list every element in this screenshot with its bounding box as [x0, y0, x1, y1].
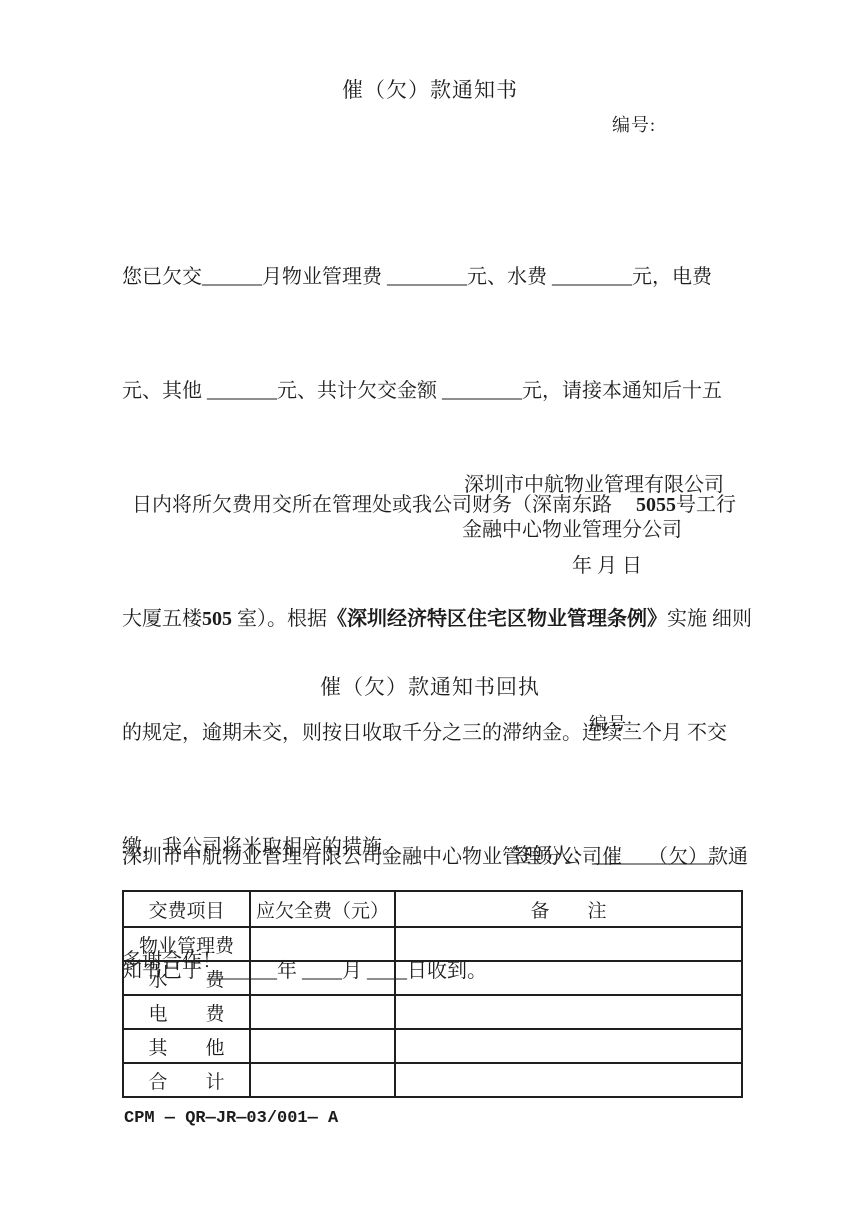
amount-cell-electricity-fee — [250, 995, 395, 1029]
notice-body-line-1: 您已欠交______月物业管理费 ________元、水费 ________元，… — [122, 258, 770, 296]
amount-cell-other — [250, 1029, 395, 1063]
receipt-ref-label: 编号: — [589, 710, 633, 736]
row-label-total: 合 计 — [123, 1063, 250, 1097]
notice-line4-mid: 室）。根据 — [232, 608, 327, 630]
notice-line3-tail: 号工行 — [676, 494, 736, 516]
header-fee-item: 交费项目 — [123, 891, 250, 927]
amount-cell-water-fee — [250, 961, 395, 995]
signature-company: 深圳市中航物业管理有限公司 — [464, 468, 724, 497]
form-code: CPM — QR—JR—03/001— A — [124, 1109, 338, 1128]
notice-body-line-4: 大厦五楼505 室）。根据《深圳经济特区住宅区物业管理条例》实施 细则 — [122, 600, 770, 638]
signature-branch: 金融中心物业管理分公司 — [462, 513, 682, 542]
table-row-other: 其 他 — [123, 1029, 742, 1063]
note-cell-electricity-fee — [395, 995, 742, 1029]
row-label-property-fee: 物业管理费 — [123, 927, 250, 961]
document-page: 催（欠）款通知书 编号: 您已欠交______月物业管理费 ________元、… — [0, 0, 860, 1218]
signer-line: 签领人：____________ — [512, 839, 712, 868]
note-cell-property-fee — [395, 927, 742, 961]
header-remarks: 备 注 — [395, 891, 742, 927]
notice-line4-tail: 实施 细则 — [667, 608, 752, 630]
regulation-name: 《深圳经济特区住宅区物业管理条例》 — [327, 608, 667, 630]
row-label-other: 其 他 — [123, 1029, 250, 1063]
room-number: 505 — [202, 608, 232, 630]
note-cell-water-fee — [395, 961, 742, 995]
fee-table-header-row: 交费项目 应欠全费（元） 备 注 — [123, 891, 742, 927]
notice-body-line-5: 的规定，逾期未交，则按日收取千分之三的滞纳金。连续三个月 不交 — [122, 714, 770, 752]
signature-date-line: 年 月 日 — [572, 549, 642, 578]
notice-body-line-2: 元、其他 _______元、共计欠交金额 ________元，请接本通知后十五 — [122, 372, 770, 410]
row-label-electricity-fee: 电 费 — [123, 995, 250, 1029]
note-cell-total — [395, 1063, 742, 1097]
table-row-total: 合 计 — [123, 1063, 742, 1097]
table-row-property-fee: 物业管理费 — [123, 927, 742, 961]
amount-cell-total — [250, 1063, 395, 1097]
notice-line4-text: 大厦五楼 — [122, 608, 202, 630]
table-row-electricity-fee: 电 费 — [123, 995, 742, 1029]
amount-cell-property-fee — [250, 927, 395, 961]
fee-table: 交费项目 应欠全费（元） 备 注 物业管理费 水 费 电 费 其 他 合 计 — [122, 890, 743, 1098]
note-cell-other — [395, 1029, 742, 1063]
receipt-title: 催（欠）款通知书回执 — [0, 671, 860, 701]
notice-ref-label: 编号: — [612, 111, 656, 137]
notice-title: 催（欠）款通知书 — [0, 74, 860, 104]
row-label-water-fee: 水 费 — [123, 961, 250, 995]
header-amount-due: 应欠全费（元） — [250, 891, 395, 927]
table-row-water-fee: 水 费 — [123, 961, 742, 995]
